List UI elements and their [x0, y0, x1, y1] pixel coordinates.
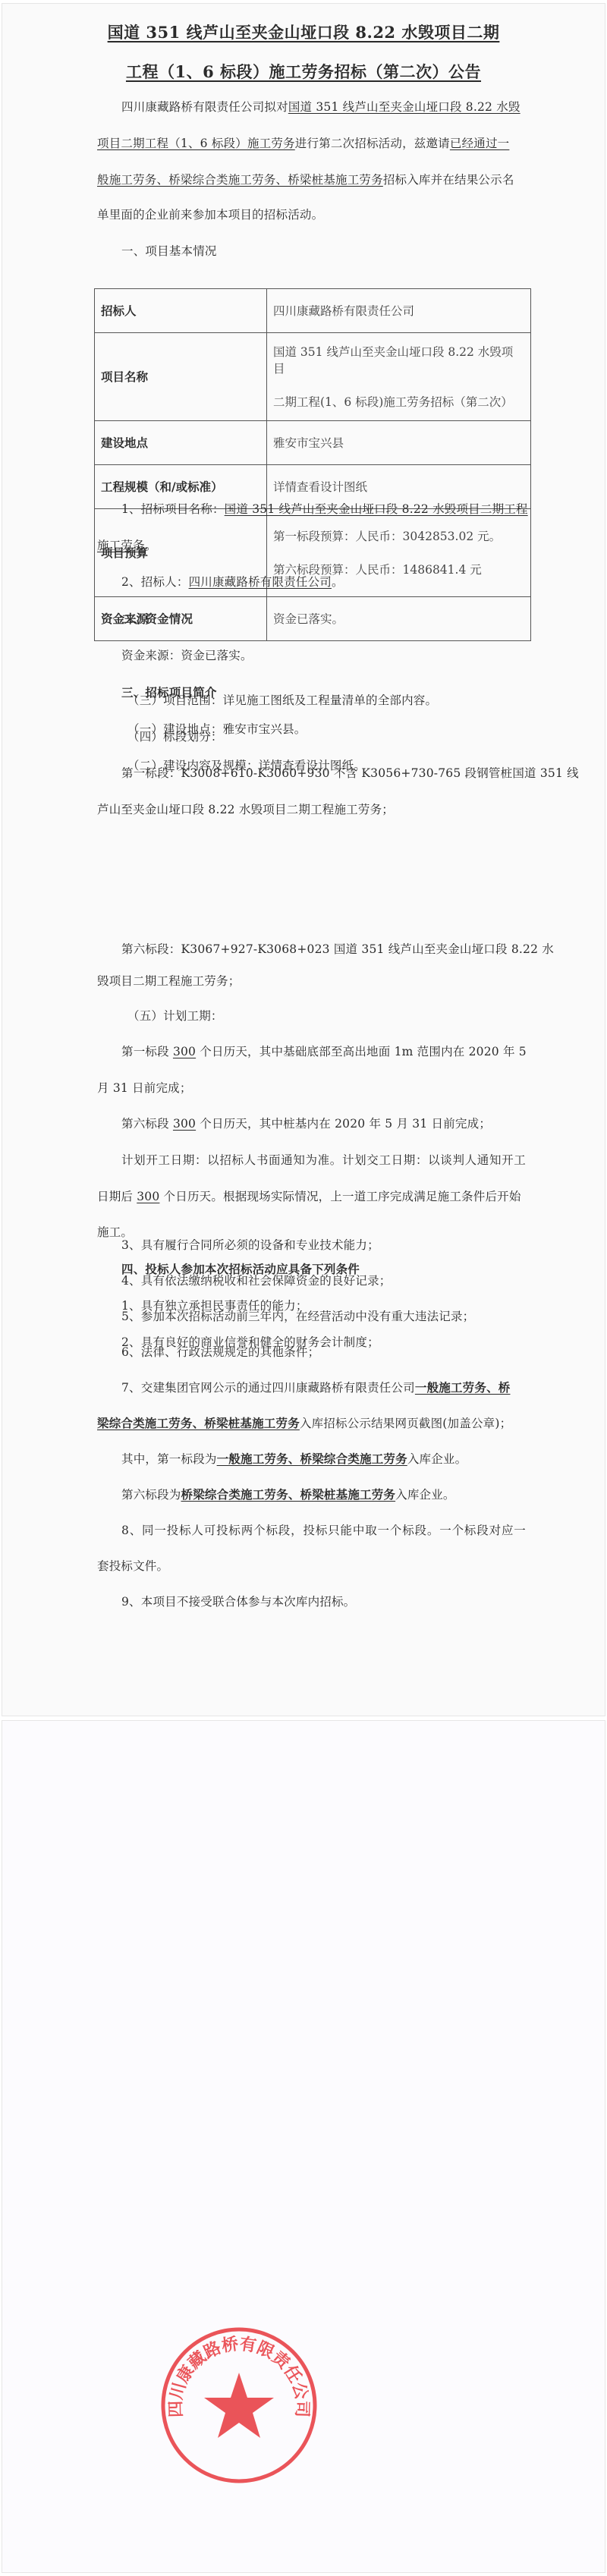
- document-title-line-2: 工程（1、6 标段）施工劳务招标（第二次）公告: [0, 61, 607, 83]
- segment-division-item: （四）标段划分：: [127, 728, 223, 745]
- project-name-line-2: 施工劳务。: [97, 537, 157, 554]
- funding-text: 资金来源：资金已落实。: [121, 647, 253, 664]
- schedule-segment-1-line-1: 第一标段 300 个日历天，其中基础底部至高出地面 1m 范围内在 2020 年…: [121, 1043, 527, 1060]
- condition-4: 4、具有依法缴纳税收和社会保障资金的良好记录；: [121, 1272, 391, 1289]
- schedule-segment-1-line-2: 月 31 日前完成；: [97, 1080, 192, 1096]
- condition-7-segment-1: 其中，第一标段为一般施工劳务、桥梁综合类施工劳务入库企业。: [121, 1451, 467, 1467]
- condition-8-line-1: 8、同一投标人可投标两个标段，投标只能中取一个标段。一个标段对应一: [121, 1522, 526, 1539]
- condition-3: 3、具有履行合同所必须的设备和专业技术能力；: [121, 1237, 379, 1253]
- table-key: 项目名称: [95, 333, 267, 421]
- table-value: 国道 351 线芦山至夹金山垭口段 8.22 水毁项目二期工程(1、6 标段)施…: [267, 333, 531, 421]
- scope-item: （三）项目范围：详见施工图纸及工程量清单的全部内容。: [127, 692, 437, 709]
- condition-7-line-1: 7、交建集团官网公示的通过四川康藏路桥有限责任公司一般施工劳务、桥: [121, 1379, 510, 1396]
- table-value: 四川康藏路桥有限责任公司: [267, 289, 531, 333]
- condition-5: 5、参加本次招标活动前三年内，在经营活动中没有重大违法记录；: [121, 1308, 474, 1325]
- tenderer-line: 2、招标人：四川康藏路桥有限责任公司。: [121, 574, 344, 590]
- condition-8-line-2: 套投标文件。: [97, 1558, 168, 1574]
- plan-line-1: 计划开工日期：以招标人书面通知为准。计划交工日期：以谈判人通知开工: [121, 1152, 526, 1168]
- segment-6-line-1: 第六标段：K3067+927-K3068+023 国道 351 线芦山至夹金山垭…: [121, 941, 526, 958]
- table-key: 招标人: [95, 289, 267, 333]
- project-name-line-1: 1、招标项目名称：国道 351 线芦山至夹金山垭口段 8.22 水毁项目二期工程: [121, 501, 528, 517]
- table-row: 建设地点 雅安市宝兴县: [95, 421, 531, 465]
- table-key: 建设地点: [95, 421, 267, 465]
- schedule-segment-6: 第六标段 300 个日历天，其中桩基内在 2020 年 5 月 31 日前完成；: [121, 1115, 491, 1132]
- document-title-line-1: 国道 351 线芦山至夹金山垭口段 8.22 水毁项目二期: [0, 21, 607, 44]
- section-1-heading: 一、项目基本情况: [121, 243, 217, 259]
- condition-7-line-2: 梁综合类施工劳务、桥梁桩基施工劳务入库招标公示结果网页截图(加盖公章)；: [97, 1415, 511, 1432]
- table-value: 雅安市宝兴县: [267, 421, 531, 465]
- segment-1-line-2: 芦山至夹金山垭口段 8.22 水毁项目二期工程施工劳务；: [97, 801, 394, 818]
- condition-9: 9、本项目不接受联合体参与本次库内招标。: [121, 1593, 355, 1610]
- plan-line-2: 日期后 300 个日历天。根据现场实际情况，上一道工序完成满足施工条件后开始: [97, 1188, 521, 1205]
- table-row: 项目名称 国道 351 线芦山至夹金山垭口段 8.22 水毁项目二期工程(1、6…: [95, 333, 531, 421]
- company-seal-icon: 四川康藏路桥有限责任公司: [159, 2326, 319, 2485]
- intro-line-1: 四川康藏路桥有限责任公司拟对国道 351 线芦山至夹金山垭口段 8.22 水毁: [121, 99, 521, 115]
- intro-line-3: 般施工劳务、桥梁综合类施工劳务、桥梁桩基施工劳务招标入库并在结果公示名: [97, 171, 514, 188]
- intro-line-4: 单里面的企业前来参加本项目的招标活动。: [97, 206, 323, 223]
- schedule-item: （五）计划工期：: [127, 1008, 223, 1024]
- table-value: 资金已落实。: [267, 597, 531, 641]
- table-row: 招标人 四川康藏路桥有限责任公司: [95, 289, 531, 333]
- segment-1-line-1: 第一标段：K3008+610-K3060+930 不含 K3056+730-76…: [121, 765, 526, 782]
- intro-line-2: 项目二期工程（1、6 标段）施工劳务进行第二次招标活动，兹邀请已经通过一: [97, 135, 509, 152]
- segment-6-line-2: 毁项目二期工程施工劳务；: [97, 973, 240, 989]
- section-2-heading: 二、资金情况: [121, 611, 193, 627]
- condition-7-segment-6: 第六标段为桥梁综合类施工劳务、桥梁桩基施工劳务入库企业。: [121, 1486, 455, 1503]
- condition-6: 6、法律、行政法规规定的其他条件；: [121, 1344, 319, 1360]
